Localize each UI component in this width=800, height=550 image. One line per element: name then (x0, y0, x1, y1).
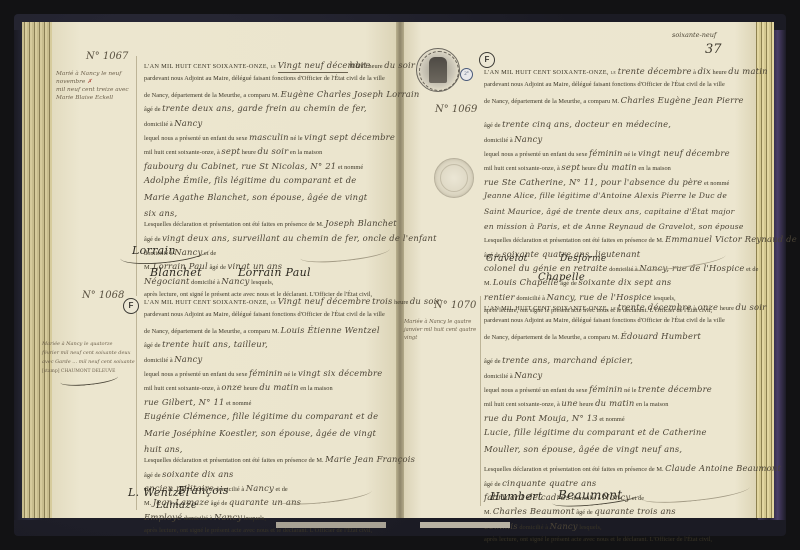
folio-number: 37 (705, 42, 722, 57)
signature: Humbert (490, 490, 542, 503)
entry-number: N° 1070 (434, 300, 476, 311)
signature: Blanchet (150, 266, 202, 279)
entry-number: N° 1067 (86, 51, 128, 62)
birth-record-1070: L'AN MIL HUIT CENT SOIXANTE-ONZE, le tre… (484, 300, 744, 547)
birth-record-1069: L'AN MIL HUIT CENT SOIXANTE-ONZE, le tre… (484, 64, 744, 318)
margin-rule (480, 296, 481, 506)
signature: François (178, 484, 229, 497)
tax-stamp-seal (416, 48, 460, 92)
signature: Lamaze (156, 500, 197, 511)
margin-note: Mariée à Nancy le quatre janvier mil hui… (404, 318, 480, 342)
margin-rule (136, 300, 137, 510)
top-note: soixante-neuf (672, 31, 716, 39)
entry-number: N° 1068 (82, 290, 124, 301)
signature: Lorrain Paul (238, 266, 311, 279)
signature: Chapelle (538, 272, 585, 283)
stamp-f-icon: F (123, 298, 139, 314)
small-seal-icon: 2° (460, 68, 473, 81)
page-tab (420, 522, 510, 528)
margin-note: Marié à Nancy le neuf novembre ✗ mil neu… (56, 70, 138, 102)
margin-note: Mariée à Nancy le quatorze février mil n… (42, 340, 136, 376)
entry-number: N° 1069 (435, 104, 477, 115)
embossed-seal (434, 158, 474, 198)
page-tab (276, 522, 386, 528)
signature: Gravelot (486, 254, 528, 264)
signature: Desforme (560, 254, 606, 264)
page-stack-left (22, 22, 56, 518)
